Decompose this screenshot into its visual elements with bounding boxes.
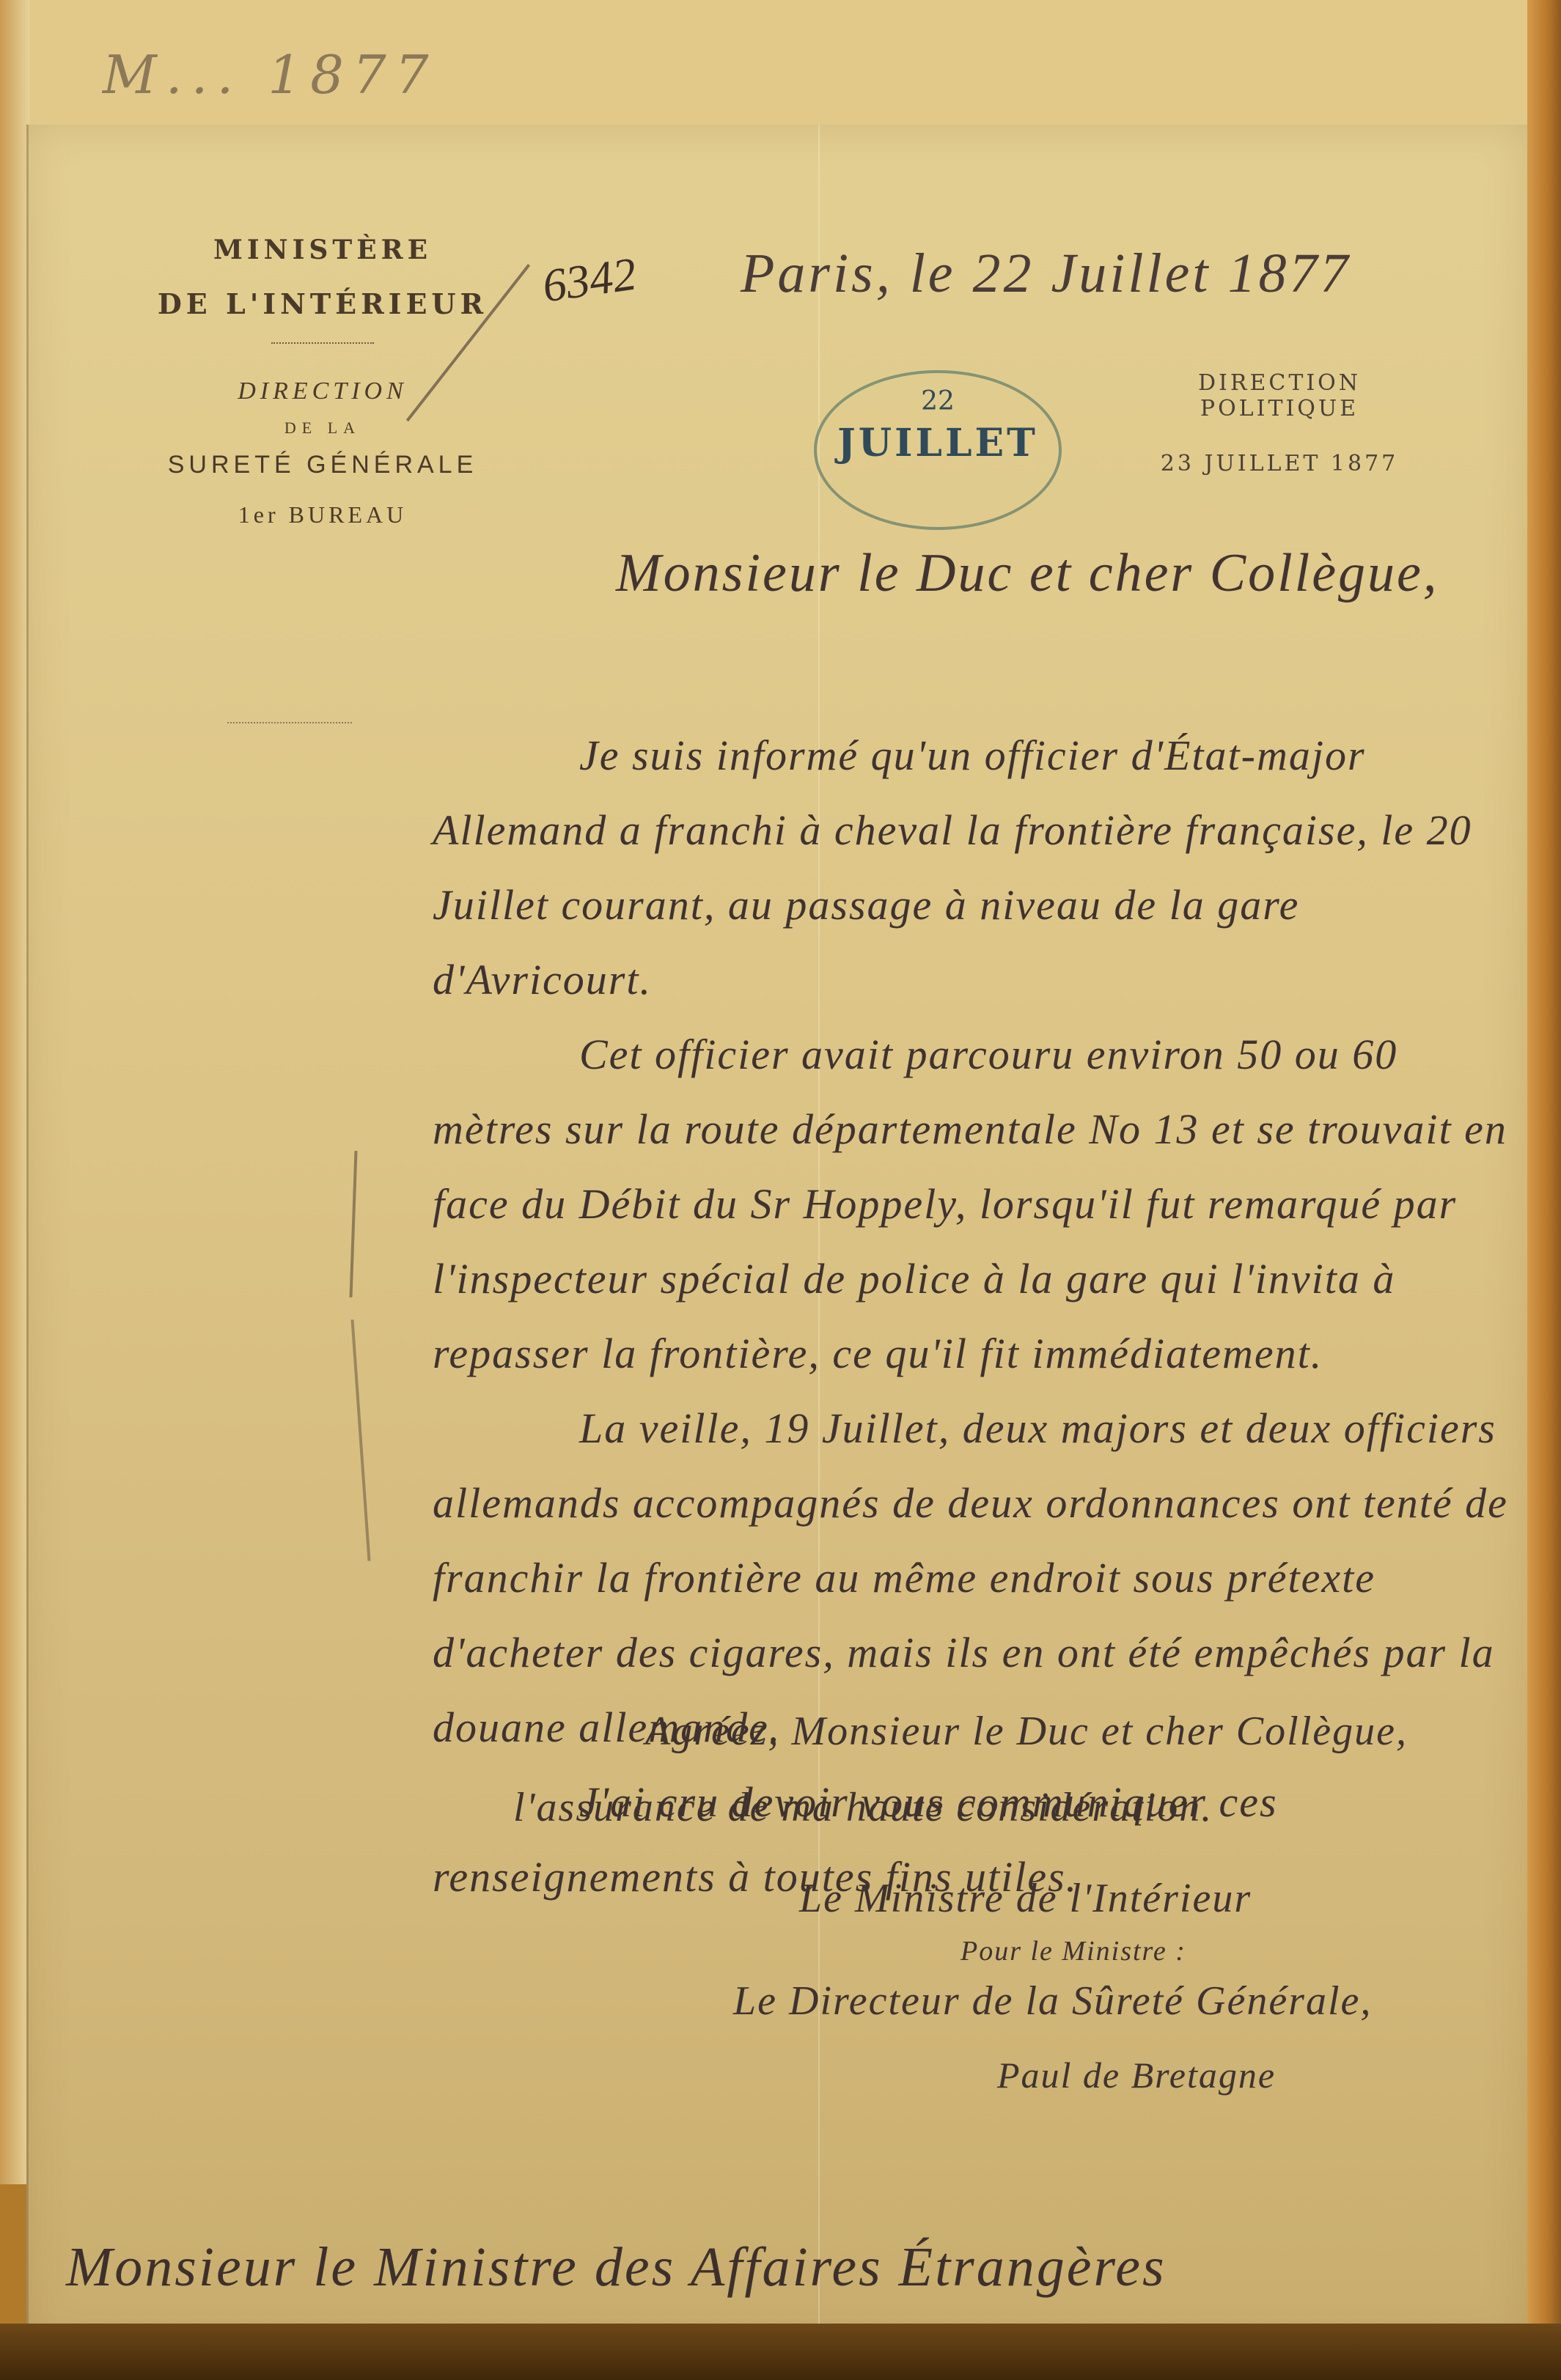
letterhead-bureau: 1er BUREAU (139, 501, 506, 528)
letterhead-surete: SURETÉ GÉNÉRALE (139, 451, 506, 479)
direction-stamp-date: 23 JUILLET 1877 (1118, 451, 1441, 476)
left-sheet-edge (0, 0, 29, 2184)
signatory-pour: Pour le Ministre : (961, 1935, 1540, 1967)
date-line: Paris, le 22 Juillet 1877 (741, 242, 1351, 306)
letterhead-rule (227, 722, 352, 723)
direction-politique-stamp: DIRECTION POLITIQUE 23 JUILLET 1877 (1118, 370, 1441, 476)
letterhead-interieur: DE L'INTÉRIEUR (139, 287, 506, 320)
closing-formula: Agréez, Monsieur le Duc et cher Collègue… (645, 1708, 1540, 1755)
closing-block: Agréez, Monsieur le Duc et cher Collègue… (513, 1708, 1540, 2096)
letterhead-direction: DIRECTION (139, 377, 506, 405)
letterhead-ministere: MINISTÈRE (139, 235, 506, 265)
top-scrawl-left: M... 1877 (103, 44, 438, 106)
stamp-month: JUILLET (817, 421, 1059, 465)
direction-stamp-title: DIRECTION POLITIQUE (1118, 370, 1441, 421)
body-paragraph: Cet officier avait parcouru environ 50 o… (433, 1017, 1518, 1391)
letterhead-ornament (271, 342, 374, 347)
paper-edge-line (26, 125, 29, 2346)
received-stamp: 22 JUILLET (814, 370, 1062, 530)
letterhead: MINISTÈRE DE L'INTÉRIEUR DIRECTION DE LA… (139, 235, 506, 528)
salutation: Monsieur le Duc et cher Collègue, (616, 542, 1439, 605)
closing-assurance: l'assurance de ma haute considération. (513, 1784, 1540, 1831)
desk-shadow (0, 2324, 1561, 2380)
body-paragraph: Je suis informé qu'un officier d'État-ma… (433, 718, 1518, 1017)
signature: Paul de Bretagne (997, 2054, 1540, 2096)
signatory-director: Le Directeur de la Sûreté Générale, (733, 1978, 1540, 2025)
stamp-day: 22 (817, 386, 1059, 416)
signatory-title: Le Ministre de l'Intérieur (799, 1875, 1540, 1922)
letterhead-de-la: DE LA (139, 419, 506, 438)
addressee-line: Monsieur le Ministre des Affaires Étrang… (66, 2236, 1167, 2299)
